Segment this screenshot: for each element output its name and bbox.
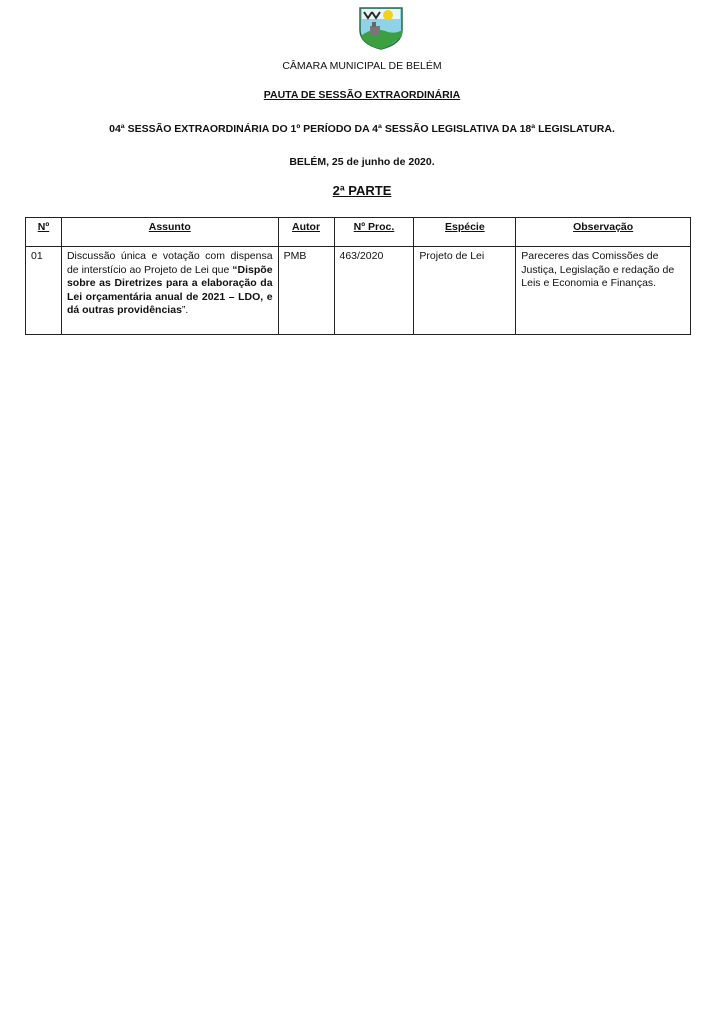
- col-header-autor: Autor: [278, 218, 334, 247]
- cell-especie: Projeto de Lei: [414, 247, 516, 335]
- col-header-assunto: Assunto: [61, 218, 278, 247]
- institution-name: CÂMARA MUNICIPAL DE BELÉM: [0, 60, 724, 72]
- col-header-num: Nº: [26, 218, 62, 247]
- col-header-especie: Espécie: [414, 218, 516, 247]
- table-header-row: Nº Assunto Autor Nº Proc. Espécie Observ…: [26, 218, 691, 247]
- cell-autor: PMB: [278, 247, 334, 335]
- cell-proc: 463/2020: [334, 247, 414, 335]
- document-title: PAUTA DE SESSÃO EXTRAORDINÁRIA: [0, 89, 724, 101]
- cell-observacao: Pareceres das Comissões de Justiça, Legi…: [516, 247, 691, 335]
- date-line: BELÉM, 25 de junho de 2020.: [0, 156, 724, 168]
- cell-assunto: Discussão única e votação com dispensa d…: [61, 247, 278, 335]
- part-heading: 2ª PARTE: [0, 183, 724, 198]
- table-row: 01 Discussão única e votação com dispens…: [26, 247, 691, 335]
- col-header-proc: Nº Proc.: [334, 218, 414, 247]
- col-header-observacao: Observação: [516, 218, 691, 247]
- cell-num: 01: [26, 247, 62, 335]
- agenda-table: Nº Assunto Autor Nº Proc. Espécie Observ…: [25, 217, 691, 335]
- session-title: 04ª SESSÃO EXTRAORDINÁRIA DO 1º PERÍODO …: [0, 123, 724, 135]
- city-coat-of-arms-icon: [358, 6, 404, 50]
